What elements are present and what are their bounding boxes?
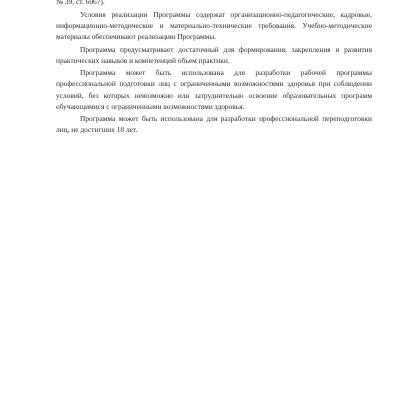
paragraph-practice-volume: Программа предусматривает достаточный дл… bbox=[56, 44, 372, 66]
document-page: № 39, ст. 6067). Условия реализации Прог… bbox=[0, 0, 400, 400]
paragraph-minors-retraining: Программа может быть использована для ра… bbox=[56, 113, 372, 135]
document-body: № 39, ст. 6067). Условия реализации Прог… bbox=[56, 0, 372, 136]
paragraph-implementation-conditions: Условия реализации Программы содержат ор… bbox=[56, 9, 372, 42]
paragraph-disability-programs: Программа может быть использована для ра… bbox=[56, 67, 372, 111]
paragraph-citation-tail: № 39, ст. 6067). bbox=[56, 0, 372, 7]
